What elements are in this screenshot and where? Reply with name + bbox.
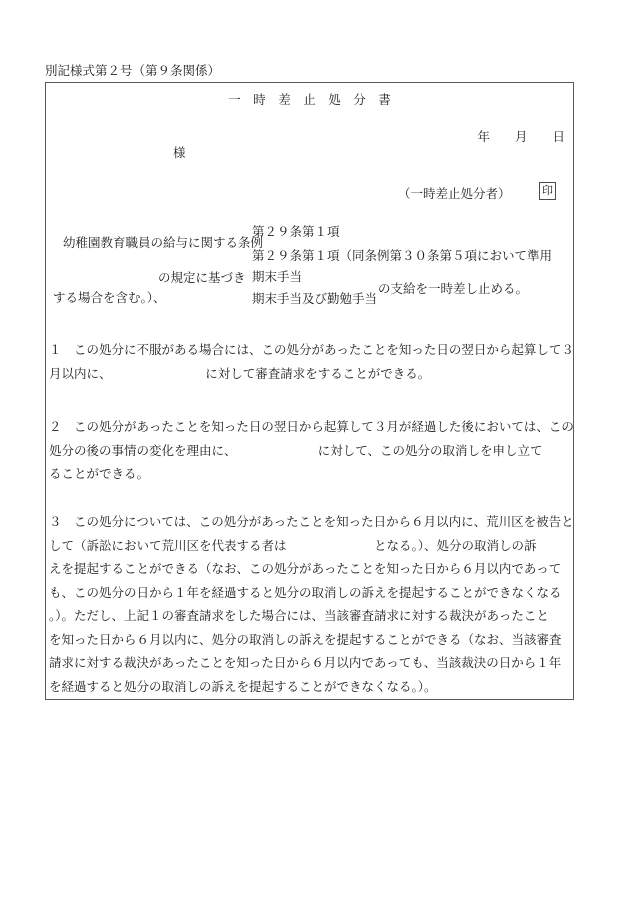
paragraph-3-line: も、この処分の日から１年を経過すると処分の取消しの訴えを提起することができなくな… [49,582,570,606]
paragraph-3-line: 。）。ただし、上記１の審査請求をした場合には、当該審査請求に対する裁決があったこ… [49,605,570,629]
paragraph-1-line: 月以内に、 に対して審査請求をすることができる。 [49,363,570,387]
suspension-action-text: の支給を一時差し止める。 [378,279,528,297]
article-option-b-continuation-text: する場合を含む。）、 [53,288,166,306]
paragraph-3-line: を知った日から６月以内に、処分の取消しの訴えを提起することができる（なお、当該審… [49,629,570,653]
seal-mark: 印 [539,182,556,200]
paragraph-3-line: して（訴訟において荒川区を代表する者は となる。）、処分の取消しの訴 [49,535,570,559]
article-option-a-text: 第２９条第１項 [252,222,340,240]
paragraph-2-line: ２ この処分があったことを知った日の翌日から起算して３月が経過した後においては、… [49,416,570,440]
basis-text: の規定に基づき [158,268,246,286]
paragraph-3-line: えを提起することができる（なお、この処分があったことを知った日から６月以内であっ… [49,558,570,582]
paragraph-1: １ この処分に不服がある場合には、この処分があったことを知った日の翌日から起算し… [49,339,570,386]
paragraph-1-line: １ この処分に不服がある場合には、この処分があったことを知った日の翌日から起算し… [49,339,570,363]
document-title: 一 時 差 止 処 分 書 [46,90,573,108]
allowance-option-b-text: 期末手当及び勤勉手当 [252,289,377,307]
paragraph-2-line: ることができる。 [49,463,570,487]
document-page: 別記様式第２号（第９条関係） 一 時 差 止 処 分 書 年 月 日 様 （一時… [0,0,630,903]
article-option-b-text: 第２９条第１項（同条例第３０条第５項において準用 [252,246,552,264]
disposition-form-frame: 一 時 差 止 処 分 書 年 月 日 様 （一時差止処分者） 印 幼稚園教育職… [45,82,574,700]
law-name-text: 幼稚園教育職員の給与に関する条例 [63,233,263,251]
paragraph-3-line: ３ この処分については、この処分があったことを知った日から６月以内に、荒川区を被… [49,511,570,535]
paragraph-2: ２ この処分があったことを知った日の翌日から起算して３月が経過した後においては、… [49,416,570,487]
paragraph-2-line: 処分の後の事情の変化を理由に、 に対して、この処分の取消しを申し立て [49,440,570,464]
paragraph-3-line: を経過すると処分の取消しの訴えを提起することができなくなる。）。 [49,676,570,700]
allowance-option-a-text: 期末手当 [252,267,302,285]
date-line: 年 月 日 [477,127,565,145]
form-number-label: 別記様式第２号（第９条関係） [45,61,220,79]
paragraph-3: ３ この処分については、この処分があったことを知った日から６月以内に、荒川区を被… [49,511,570,699]
paragraph-3-line: 請求に対する裁決があったことを知った日から６月以内であっても、当該裁決の日から１… [49,652,570,676]
addressee-suffix: 様 [173,143,186,161]
issuer-label: （一時差止処分者） [398,184,511,202]
